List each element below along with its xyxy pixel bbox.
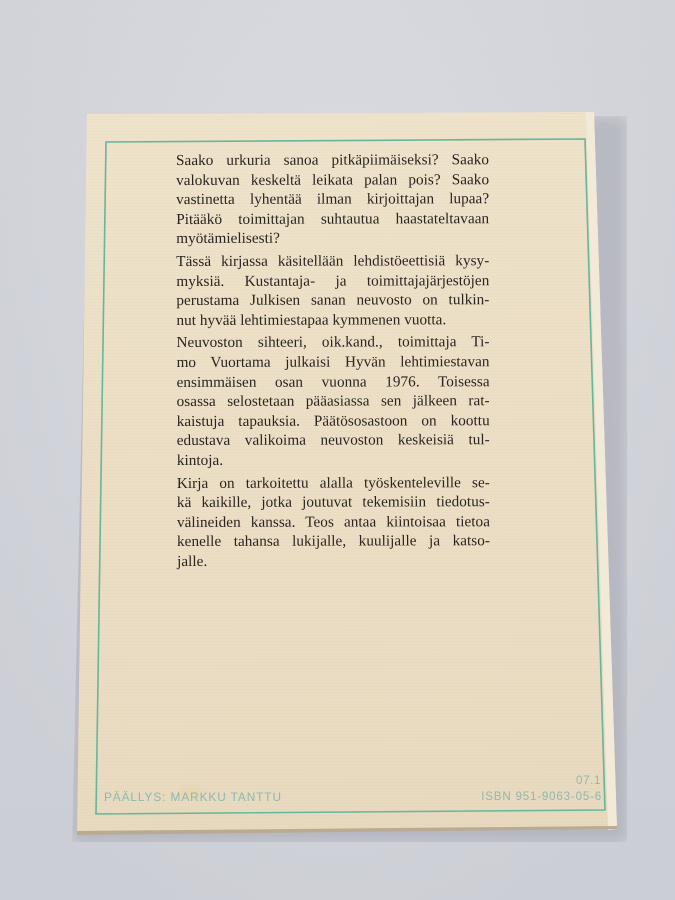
blurb-line: valokuvan keskeltä leikata palan pois? S… xyxy=(176,170,489,190)
blurb-line: vastinetta lyhentää ilman kirjoittajan l… xyxy=(176,189,489,209)
blurb-line: edustava valikoima neuvoston keskeisiä t… xyxy=(177,430,490,450)
blurb-paragraph-3: Neuvoston sihteeri, oik.kand., toimittaj… xyxy=(176,333,489,471)
blurb-line: nut hyvää lehtimiestapaa kymmenen vuotta… xyxy=(176,310,489,330)
blurb-line: kä kaikille, jotka joutuvat tekemisiin t… xyxy=(177,492,490,512)
blurb-paragraph-1: Saako urkuria sanoa pitkäpiimäiseksi? Sa… xyxy=(176,150,489,249)
blurb-line: myksiä. Kustantaja- ja toimittajajärjest… xyxy=(176,271,489,291)
blurb-paragraph-2: Tässä kirjassa käsitellään lehdistöeetti… xyxy=(176,251,489,330)
blurb-line: myötämielisesti? xyxy=(176,229,489,249)
blurb-line: kenelle tahansa lukijalle, kuulijalle ja… xyxy=(177,531,490,551)
blurb-line: Saako urkuria sanoa pitkäpiimäiseksi? Sa… xyxy=(176,150,489,170)
cover-designer-credit: PÄÄLLYS: MARKKU TANTTU xyxy=(104,791,282,804)
blurb-paragraph-4: Kirja on tarkoitettu alalla työskentelev… xyxy=(177,473,490,572)
blurb-line: Tässä kirjassa käsitellään lehdistöeetti… xyxy=(176,251,489,271)
blurb-line: osassa selostetaan pääasiassa sen jälkee… xyxy=(177,391,490,411)
blurb-line: ensimmäisen osan vuonna 1976. Toisessa xyxy=(177,372,490,392)
catalog-code: 07.1 xyxy=(576,774,601,787)
blurb-text: Saako urkuria sanoa pitkäpiimäiseksi? Sa… xyxy=(176,150,490,574)
blurb-line: Kirja on tarkoitettu alalla työskentelev… xyxy=(177,473,490,493)
blurb-line: mo Vuortama julkaisi Hyvän lehtimiestava… xyxy=(177,352,490,372)
blurb-line: Pitääkö toimittajan suhtautua haastatelt… xyxy=(176,209,489,229)
blurb-line: jalle. xyxy=(177,551,490,571)
blurb-line: perustama Julkisen sanan neuvosto on tul… xyxy=(176,290,489,310)
blurb-line: kaistuja tapauksia. Päätösosastoon on ko… xyxy=(177,411,490,431)
blurb-line: Neuvoston sihteeri, oik.kand., toimittaj… xyxy=(176,333,489,353)
isbn-number: ISBN 951-9063-05-6 xyxy=(481,790,602,803)
blurb-line: kintoja. xyxy=(177,450,490,470)
blurb-line: välineiden kanssa. Teos antaa kiintoisaa… xyxy=(177,512,490,532)
